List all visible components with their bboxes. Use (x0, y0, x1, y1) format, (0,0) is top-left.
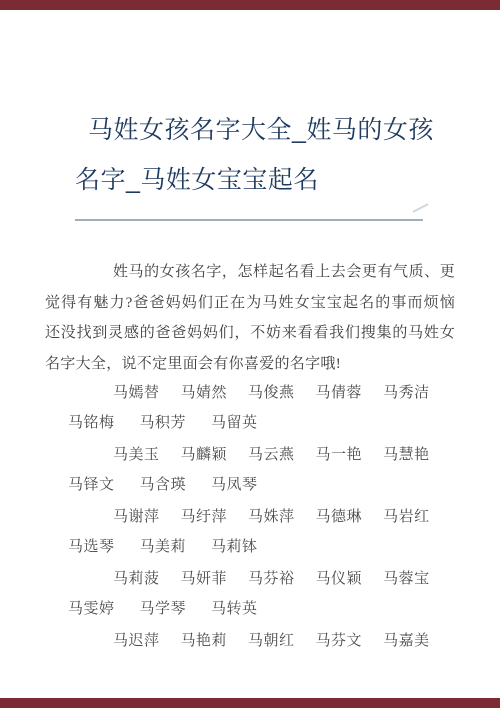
name-item: 马俊燕 (248, 378, 295, 408)
top-accent-bar (0, 0, 500, 10)
name-item: 马嫣替 (113, 378, 160, 408)
name-item: 马秀洁 (383, 378, 430, 408)
name-item: 马选琴 (68, 532, 115, 562)
name-groups: 马嫣替马婧然马俊燕马倩蓉马秀洁 马铭梅马积芳马留英 马美玉马麟颖马云燕马一艳马慧… (45, 378, 475, 658)
bottom-accent-bar (0, 698, 500, 708)
name-item: 马雯婷 (68, 594, 115, 624)
name-item: 马学琴 (140, 594, 187, 624)
intro-line: 姓马的女孩名字，怎样起名看上去会更有气质、更让人 (45, 257, 455, 288)
name-item: 马铭梅 (68, 408, 115, 438)
name-item: 马倩蓉 (316, 378, 363, 408)
name-item: 马一艳 (316, 440, 363, 470)
name-item: 马婧然 (181, 378, 228, 408)
intro-line: 名字大全，说不定里面会有你喜爱的名字哦! (45, 349, 455, 380)
document-page: 马姓女孩名字大全_姓马的女孩 名字_马姓女宝宝起名 姓马的女孩名字，怎样起名看上… (0, 0, 500, 708)
name-row: 马美玉马麟颖马云燕马一艳马慧艳 (45, 440, 475, 470)
name-group: 马迟萍马艳莉马朝红马芬文马嘉美 (45, 626, 475, 656)
name-row: 马雯婷马学琴马转英 (45, 594, 475, 624)
name-item: 马妍菲 (181, 564, 228, 594)
name-item: 马慧艳 (383, 440, 430, 470)
page-title-line1: 马姓女孩名字大全_姓马的女孩 (75, 105, 445, 155)
name-item: 马德琳 (316, 502, 363, 532)
name-item: 马纡萍 (181, 502, 228, 532)
name-row: 马铎文马含瑛马凤琴 (45, 470, 475, 500)
name-item: 马积芳 (140, 408, 187, 438)
name-item: 马姝萍 (248, 502, 295, 532)
name-row: 马莉菠马妍菲马芬裕马仪颖马蓉宝 (45, 564, 475, 594)
name-item: 马云燕 (248, 440, 295, 470)
name-row: 马选琴马美莉马莉钵 (45, 532, 475, 562)
name-group: 马谢萍马纡萍马姝萍马德琳马岩红 马选琴马美莉马莉钵 (45, 502, 475, 562)
name-item: 马朝红 (248, 626, 295, 656)
intro-paragraph: 姓马的女孩名字，怎样起名看上去会更有气质、更让人觉得有魅力?爸爸妈妈们正在为马姓… (45, 257, 455, 379)
name-item: 马留英 (211, 408, 258, 438)
name-item: 马蓉宝 (383, 564, 430, 594)
name-item: 马美莉 (140, 532, 187, 562)
name-item: 马仪颖 (316, 564, 363, 594)
page-title-line2: 名字_马姓女宝宝起名 (75, 155, 445, 205)
name-item: 马岩红 (383, 502, 430, 532)
name-row: 马迟萍马艳莉马朝红马芬文马嘉美 (45, 626, 475, 656)
name-row: 马嫣替马婧然马俊燕马倩蓉马秀洁 (45, 378, 475, 408)
name-item: 马迟萍 (113, 626, 160, 656)
name-item: 马芬文 (316, 626, 363, 656)
intro-line: 觉得有魅力?爸爸妈妈们正在为马姓女宝宝起名的事而烦恼吗? (45, 288, 455, 319)
name-group: 马美玉马麟颖马云燕马一艳马慧艳 马铎文马含瑛马凤琴 (45, 440, 475, 500)
name-item: 马谢萍 (113, 502, 160, 532)
name-item: 马转英 (211, 594, 258, 624)
name-item: 马艳莉 (181, 626, 228, 656)
name-row: 马铭梅马积芳马留英 (45, 408, 475, 438)
name-item: 马含瑛 (140, 470, 187, 500)
intro-line: 还没找到灵感的爸爸妈妈们，不妨来看看我们搜集的马姓女孩 (45, 318, 455, 349)
name-item: 马嘉美 (383, 626, 430, 656)
name-item: 马凤琴 (211, 470, 258, 500)
name-item: 马美玉 (113, 440, 160, 470)
name-item: 马铎文 (68, 470, 115, 500)
name-item: 马莉钵 (211, 532, 258, 562)
name-item: 马莉菠 (113, 564, 160, 594)
name-item: 马芬裕 (248, 564, 295, 594)
page-title: 马姓女孩名字大全_姓马的女孩 名字_马姓女宝宝起名 (75, 105, 445, 205)
title-divider-rule (75, 219, 423, 221)
name-item: 马麟颖 (181, 440, 228, 470)
name-group: 马莉菠马妍菲马芬裕马仪颖马蓉宝 马雯婷马学琴马转英 (45, 564, 475, 624)
name-group: 马嫣替马婧然马俊燕马倩蓉马秀洁 马铭梅马积芳马留英 (45, 378, 475, 438)
name-row: 马谢萍马纡萍马姝萍马德琳马岩红 (45, 502, 475, 532)
